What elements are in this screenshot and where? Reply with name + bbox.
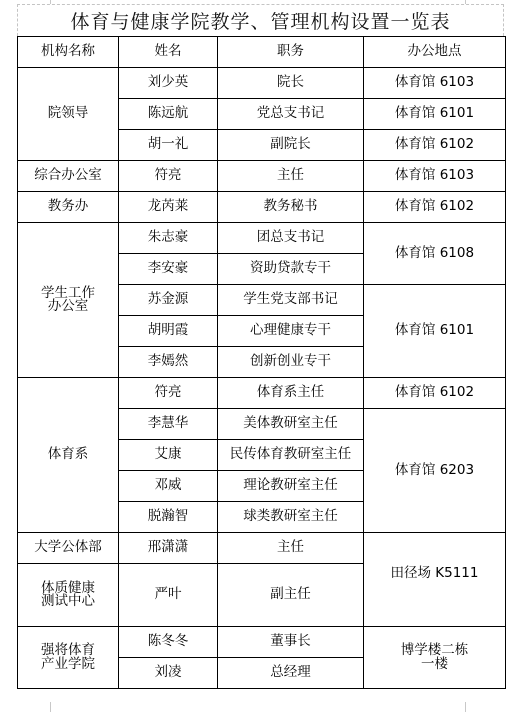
position-cell: 董事长	[218, 627, 364, 658]
table-row: 学生工作 办公室 朱志豪 团总支书记 体育馆 6108	[18, 223, 506, 254]
name-cell: 艾康	[119, 440, 218, 471]
org-cell: 强将体育 产业学院	[18, 627, 119, 689]
page-title: 体育与健康学院教学、管理机构设置一览表	[70, 7, 450, 34]
location-cell: 体育馆 6101	[364, 99, 506, 130]
location-cell: 博学楼二栋 一楼	[364, 627, 506, 689]
name-cell: 李安豪	[119, 254, 218, 285]
table-row: 大学公体部 邢潇潇 主任 田径场 K5111	[18, 533, 506, 564]
crop-mark-bottom-right-v	[465, 702, 466, 712]
location-cell: 体育馆 6108	[364, 223, 506, 285]
name-cell: 刘少英	[119, 68, 218, 99]
title-box: 体育与健康学院教学、管理机构设置一览表	[17, 4, 504, 36]
position-cell: 院长	[218, 68, 364, 99]
name-cell: 邓威	[119, 471, 218, 502]
org-cell: 体质健康 测试中心	[18, 564, 119, 627]
org-cell: 教务办	[18, 192, 119, 223]
position-cell: 创新创业专干	[218, 347, 364, 378]
crop-mark-bottom-left-v	[50, 702, 51, 712]
location-cell: 体育馆 6103	[364, 68, 506, 99]
name-cell: 刘凌	[119, 658, 218, 689]
org-cell: 综合办公室	[18, 161, 119, 192]
location-cell: 体育馆 6102	[364, 378, 506, 409]
org-cell: 体育系	[18, 378, 119, 533]
name-cell: 符亮	[119, 378, 218, 409]
name-cell: 邢潇潇	[119, 533, 218, 564]
name-cell: 李嫣然	[119, 347, 218, 378]
location-cell: 体育馆 6102	[364, 192, 506, 223]
location-line-2: 一楼	[364, 658, 505, 672]
header-position: 职务	[218, 37, 364, 68]
position-cell: 主任	[218, 161, 364, 192]
position-cell: 主任	[218, 533, 364, 564]
position-cell: 副主任	[218, 564, 364, 627]
header-name: 姓名	[119, 37, 218, 68]
position-cell: 教务秘书	[218, 192, 364, 223]
header-row: 机构名称 姓名 职务 办公地点	[18, 37, 506, 68]
location-cell: 体育馆 6101	[364, 285, 506, 378]
position-cell: 心理健康专干	[218, 316, 364, 347]
name-cell: 李慧华	[119, 409, 218, 440]
name-cell: 朱志豪	[119, 223, 218, 254]
org-cell: 院领导	[18, 68, 119, 161]
position-cell: 总经理	[218, 658, 364, 689]
header-org: 机构名称	[18, 37, 119, 68]
name-cell: 陈远航	[119, 99, 218, 130]
position-cell: 资助贷款专干	[218, 254, 364, 285]
table-row: 体育系 符亮 体育系主任 体育馆 6102	[18, 378, 506, 409]
location-cell: 体育馆 6203	[364, 409, 506, 533]
org-line-2: 办公室	[18, 300, 118, 314]
name-cell: 严叶	[119, 564, 218, 627]
position-cell: 理论教研室主任	[218, 471, 364, 502]
location-cell: 体育馆 6102	[364, 130, 506, 161]
position-cell: 学生党支部书记	[218, 285, 364, 316]
name-cell: 龙芮莱	[119, 192, 218, 223]
position-cell: 体育系主任	[218, 378, 364, 409]
position-cell: 党总支书记	[218, 99, 364, 130]
table-row: 院领导 刘少英 院长 体育馆 6103	[18, 68, 506, 99]
position-cell: 美体教研室主任	[218, 409, 364, 440]
name-cell: 符亮	[119, 161, 218, 192]
table-row: 综合办公室 符亮 主任 体育馆 6103	[18, 161, 506, 192]
location-cell: 田径场 K5111	[364, 533, 506, 627]
name-cell: 苏金源	[119, 285, 218, 316]
position-cell: 团总支书记	[218, 223, 364, 254]
position-cell: 副院长	[218, 130, 364, 161]
org-line-2: 产业学院	[18, 658, 118, 672]
org-cell: 学生工作 办公室	[18, 223, 119, 378]
name-cell: 陈冬冬	[119, 627, 218, 658]
table-row: 强将体育 产业学院 陈冬冬 董事长 博学楼二栋 一楼	[18, 627, 506, 658]
org-cell: 大学公体部	[18, 533, 119, 564]
name-cell: 胡明霞	[119, 316, 218, 347]
header-location: 办公地点	[364, 37, 506, 68]
org-table: 机构名称 姓名 职务 办公地点 院领导 刘少英 院长 体育馆 6103 陈远航 …	[17, 36, 506, 689]
position-cell: 球类教研室主任	[218, 502, 364, 533]
table-row: 教务办 龙芮莱 教务秘书 体育馆 6102	[18, 192, 506, 223]
location-cell: 体育馆 6103	[364, 161, 506, 192]
name-cell: 脱瀚智	[119, 502, 218, 533]
org-line-2: 测试中心	[18, 595, 118, 609]
position-cell: 民传体育教研室主任	[218, 440, 364, 471]
name-cell: 胡一礼	[119, 130, 218, 161]
